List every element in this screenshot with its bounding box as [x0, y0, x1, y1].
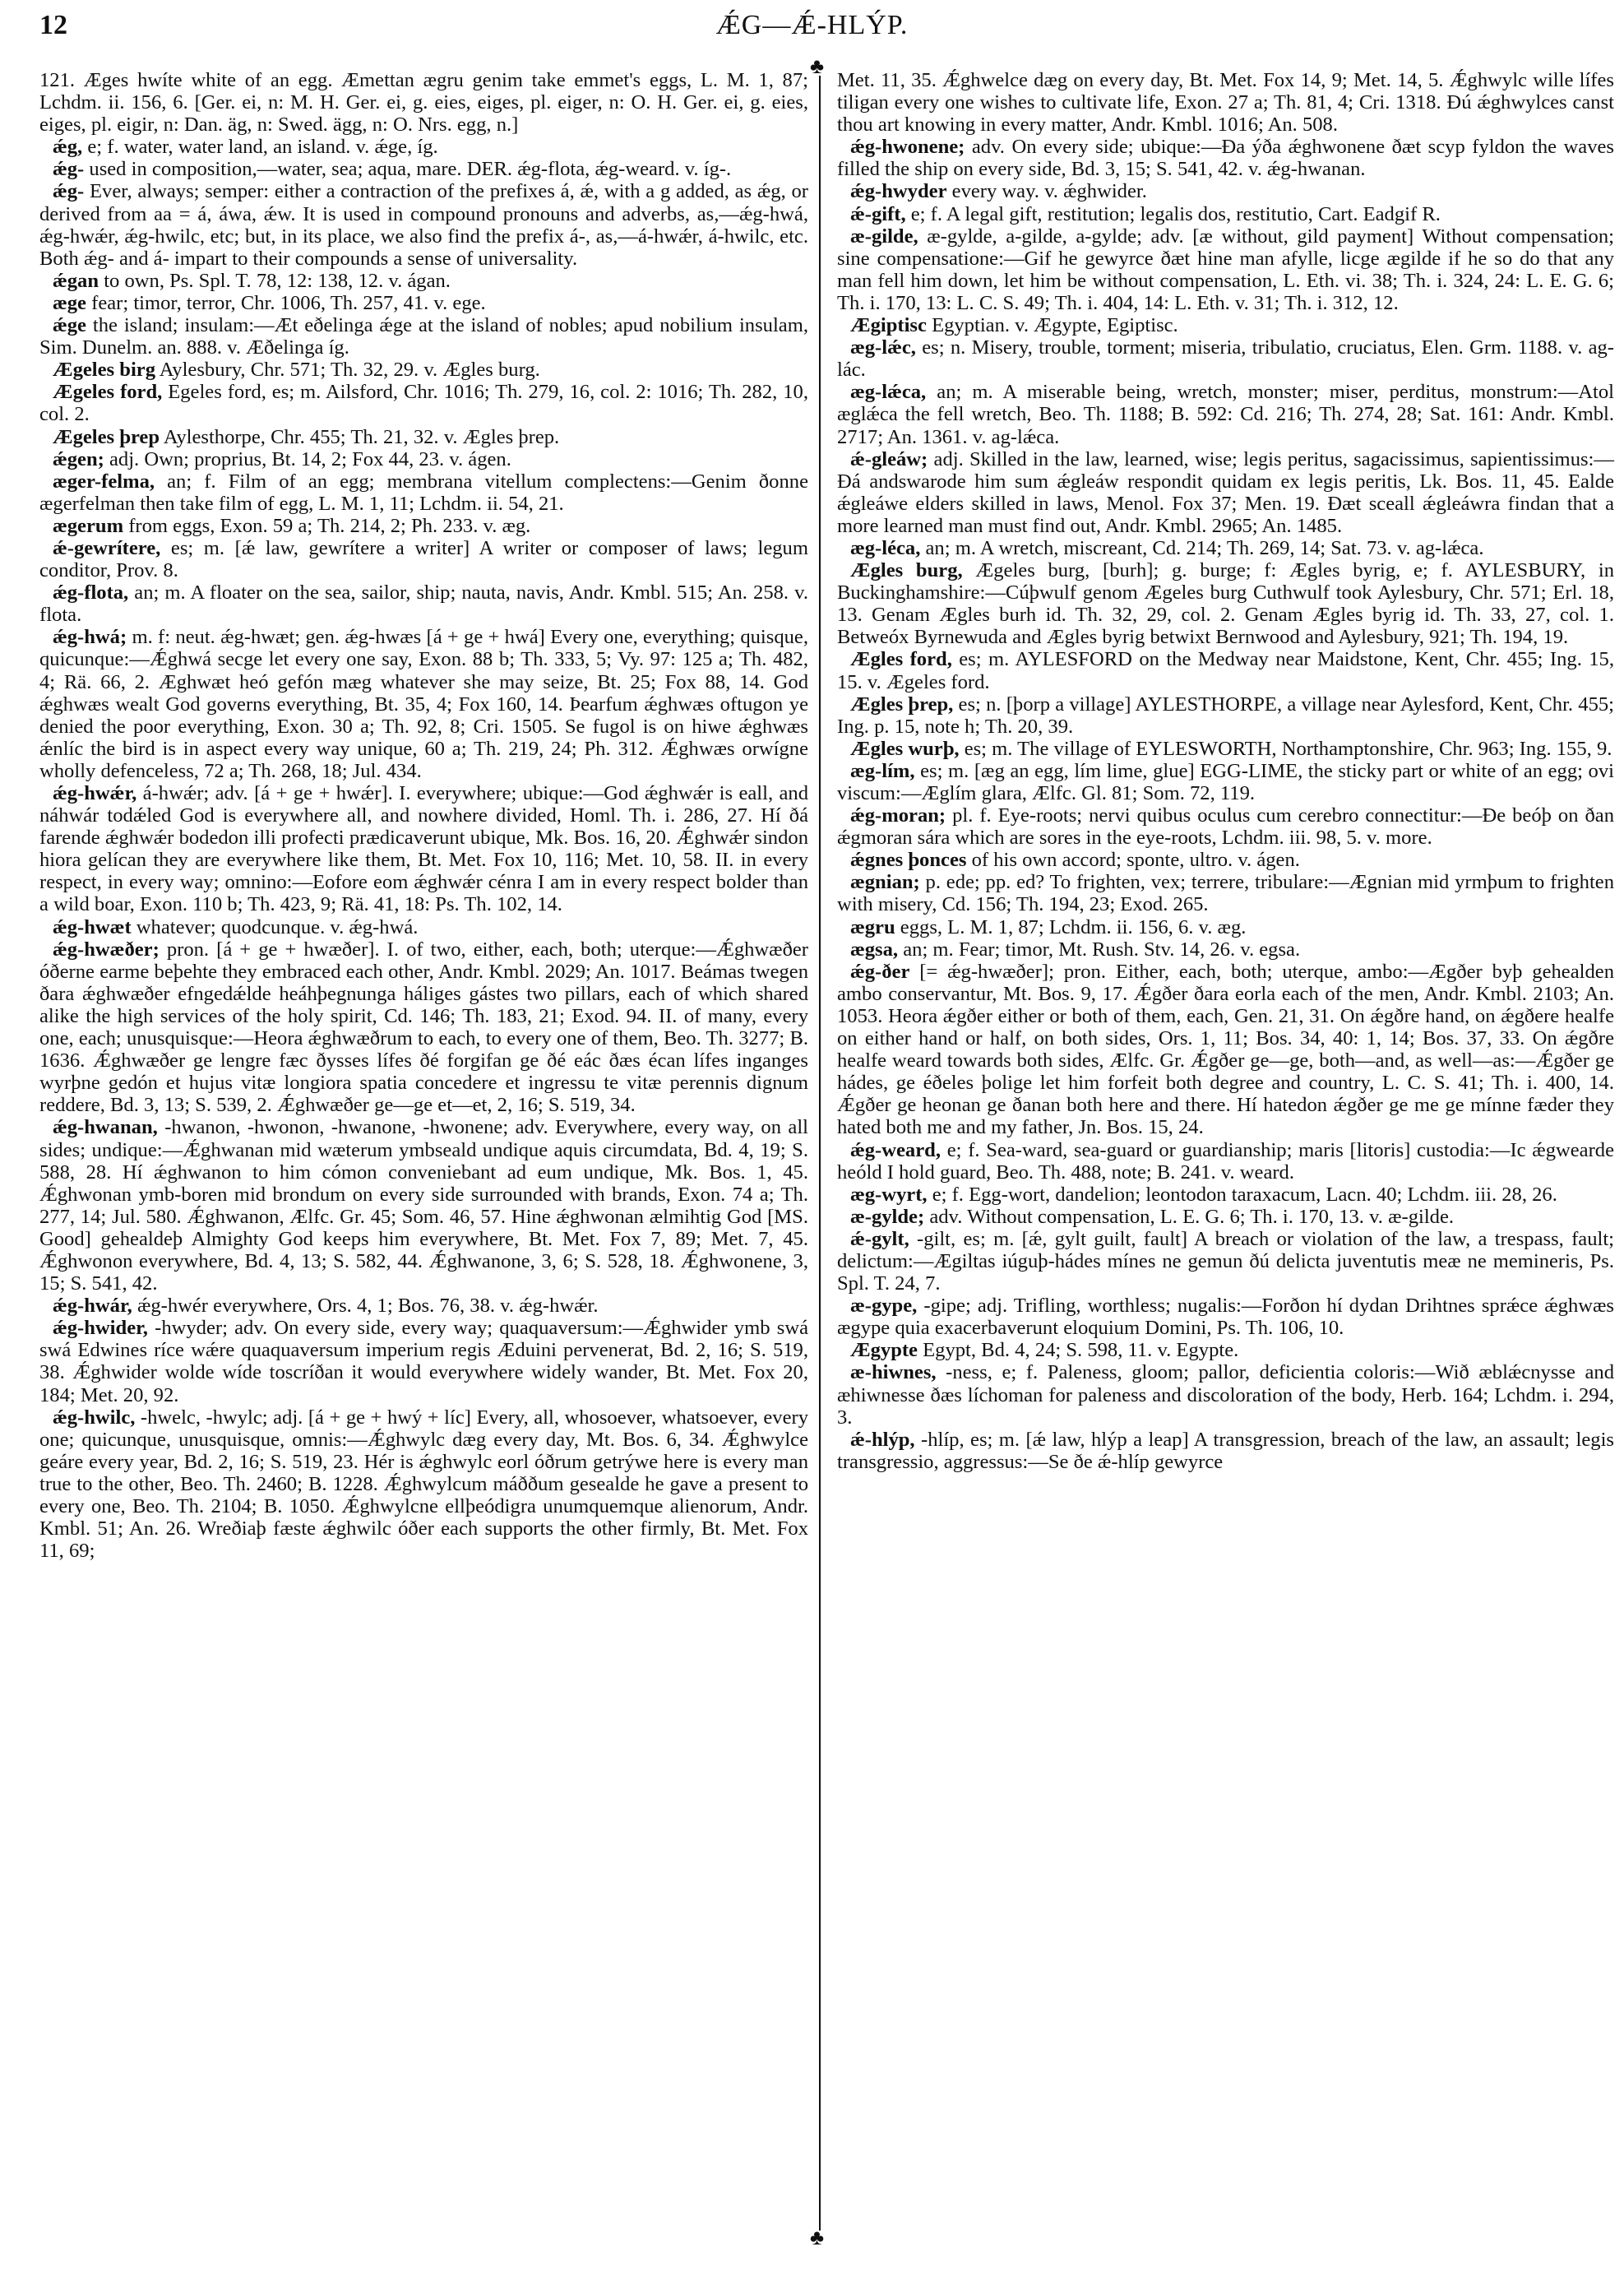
entry-headword: ǽ-gleáw;: [850, 448, 928, 470]
entry-headword: ǽg-hwæðer;: [53, 938, 160, 961]
entry-headword: æger-felma,: [53, 470, 155, 493]
entry-headword: æg-wyrt,: [850, 1184, 928, 1206]
entry-text: Egyptian. v. Ægypte, Egiptisc.: [927, 314, 1178, 336]
entry-text: Aylesbury, Chr. 571; Th. 32, 29. v. Ægle…: [155, 359, 540, 381]
entry-headword: æ-gylde;: [850, 1206, 924, 1228]
entry-headword: ǽg-hwonene;: [850, 136, 965, 158]
entry-headword: ǽgnes þonces: [850, 849, 966, 871]
entry-headword: ǽ-gewrítere,: [53, 537, 160, 559]
right-column: Met. 11, 35. Ǽghwelce dæg on every day, …: [837, 69, 1614, 1473]
entry-text: -gilt, es; m. [ǽ, gylt guilt, fault] A b…: [837, 1228, 1614, 1295]
entry-headword: ǽg-flota,: [53, 581, 128, 604]
dictionary-entry: ægnian; p. ede; pp. ed? To frighten, vex…: [837, 871, 1614, 915]
entry-text: Egypt, Bd. 4, 24; S. 598, 11. v. Egypte.: [918, 1339, 1238, 1361]
entry-headword: ægru: [850, 916, 895, 938]
entry-headword: ǽg-: [53, 158, 84, 180]
entry-text: [= ǽg-hwæðer]; pron. Either, each, both;…: [837, 961, 1614, 1139]
entry-headword: ǽg-hwyder: [850, 180, 947, 202]
entry-headword: Ægypte: [850, 1339, 918, 1361]
dictionary-entry: ægerum from eggs, Exon. 59 a; Th. 214, 2…: [39, 515, 808, 537]
entry-text: pl. f. Eye-roots; nervi quibus oculus cu…: [837, 804, 1614, 849]
entry-headword: ǽg-hwanan,: [53, 1116, 158, 1138]
dictionary-entry: Ægles þrep, es; n. [þorp a village] AYLE…: [837, 693, 1614, 738]
entry-text: -hwelc, -hwylc; adj. [á + ge + hwý + líc…: [39, 1406, 808, 1563]
dictionary-entry: æg-lǽc, es; n. Misery, trouble, torment;…: [837, 336, 1614, 381]
dictionary-entry: Ægles burg, Ægeles burg, [burh]; g. burg…: [837, 559, 1614, 648]
dictionary-entry: ǽg-hwár, ǽg-hwér everywhere, Ors. 4, 1; …: [39, 1295, 808, 1317]
entry-text: adj. Own; proprius, Bt. 14, 2; Fox 44, 2…: [104, 448, 511, 470]
dictionary-entry: ǽg- used in composition,—water, sea; aqu…: [39, 158, 808, 180]
entry-text: ǽg-hwér everywhere, Ors. 4, 1; Bos. 76, …: [132, 1295, 599, 1317]
entry-headword: Ægiptisc: [850, 314, 927, 336]
entry-headword: ǽgan: [53, 270, 99, 292]
entry-text: Met. 11, 35. Ǽghwelce dæg on every day, …: [837, 69, 1614, 136]
entry-text: p. ede; pp. ed? To frighten, vex; terrer…: [837, 871, 1614, 915]
entry-text: an; m. Fear; timor, Mt. Rush. Stv. 14, 2…: [898, 938, 1300, 961]
dictionary-entry: æ-hiwnes, -ness, e; f. Paleness, gloom; …: [837, 1361, 1614, 1428]
entry-text: used in composition,—water, sea; aqua, m…: [84, 158, 731, 180]
entry-text: es; m. [æg an egg, lím lime, glue] EGG-L…: [837, 760, 1614, 804]
entry-text: es; n. [þorp a village] AYLESTHORPE, a v…: [837, 693, 1614, 738]
dictionary-entry: æg-lǽca, an; m. A miserable being, wretc…: [837, 381, 1614, 447]
entry-headword: Ægeles þrep: [53, 426, 160, 448]
dictionary-entry: æge fear; timor, terror, Chr. 1006, Th. …: [39, 292, 808, 314]
entry-headword: ǽg-weard,: [850, 1139, 941, 1161]
entry-headword: ǽg-hwilc,: [53, 1406, 135, 1429]
entry-headword: ǽgen;: [53, 448, 104, 470]
dictionary-entry: ægru eggs, L. M. 1, 87; Lchdm. ii. 156, …: [837, 916, 1614, 938]
entry-headword: æ-hiwnes,: [850, 1361, 937, 1383]
entry-headword: æ-gype,: [850, 1295, 917, 1317]
dictionary-entry: ǽg-flota, an; m. A floater on the sea, s…: [39, 581, 808, 626]
entry-text: -ness, e; f. Paleness, gloom; pallor, de…: [837, 1361, 1614, 1428]
entry-text: -hlíp, es; m. [ǽ law, hlýp a leap] A tra…: [837, 1429, 1614, 1473]
entry-headword: ǽg-moran;: [850, 804, 946, 827]
column-divider: [819, 76, 821, 2231]
entry-headword: ǽg-hwider,: [53, 1317, 148, 1339]
entry-text: adv. Without compensation, L. E. G. 6; T…: [924, 1206, 1454, 1228]
running-head: ǼG—Ǽ-HLÝP.: [0, 10, 1624, 41]
dictionary-entry: ǽg-hwanan, -hwanon, -hwonon, -hwanone, -…: [39, 1116, 808, 1295]
entry-headword: ǽ-gylt,: [850, 1228, 909, 1250]
entry-text: the island; insulam:—Æt eðelinga ǽge at …: [39, 314, 808, 359]
entry-text: an; m. A floater on the sea, sailor, shi…: [39, 581, 808, 626]
entry-text: adj. Skilled in the law, learned, wise; …: [837, 448, 1614, 537]
entry-text: Aylesthorpe, Chr. 455; Th. 21, 32. v. Æg…: [160, 426, 559, 448]
entry-text: e; f. A legal gift, restitution; legalis…: [906, 203, 1441, 225]
dictionary-entry: ǽ-hlýp, -hlíp, es; m. [ǽ law, hlýp a lea…: [837, 1429, 1614, 1473]
entry-text: e; f. Sea-ward, sea-guard or guardianshi…: [837, 1139, 1614, 1184]
entry-text: Ever, always; semper: either a contracti…: [39, 180, 808, 269]
dictionary-entry: ǽgnes þonces of his own accord; sponte, …: [837, 849, 1614, 871]
dictionary-entry: ǽ-gift, e; f. A legal gift, restitution;…: [837, 203, 1614, 225]
dictionary-entry: æger-felma, an; f. Film of an egg; membr…: [39, 470, 808, 515]
dictionary-entry: Ægeles birg Aylesbury, Chr. 571; Th. 32,…: [39, 359, 808, 381]
dictionary-entry: ǽgan to own, Ps. Spl. T. 78, 12: 138, 12…: [39, 270, 808, 292]
dictionary-entry: Ægeles þrep Aylesthorpe, Chr. 455; Th. 2…: [39, 426, 808, 448]
dictionary-entry: æ-gylde; adv. Without compensation, L. E…: [837, 1206, 1614, 1228]
dictionary-entry: ǽge the island; insulam:—Æt eðelinga ǽge…: [39, 314, 808, 359]
entry-headword: æge: [53, 292, 86, 314]
dictionary-entry: Ægles wurþ, es; m. The village of EYLESW…: [837, 738, 1614, 760]
entry-text: -gipe; adj. Trifling, worthless; nugalis…: [837, 1295, 1614, 1339]
dictionary-entry: ǽ-gleáw; adj. Skilled in the law, learne…: [837, 448, 1614, 537]
dictionary-entry: ǽg-hwǽr, á-hwǽr; adv. [á + ge + hwǽr]. I…: [39, 782, 808, 916]
entry-text: eggs, L. M. 1, 87; Lchdm. ii. 156, 6. v.…: [895, 916, 1247, 938]
entry-headword: ǽg,: [53, 136, 82, 158]
dictionary-entry: ǽ-gylt, -gilt, es; m. [ǽ, gylt guilt, fa…: [837, 1228, 1614, 1295]
dictionary-entry: ǽg-moran; pl. f. Eye-roots; nervi quibus…: [837, 804, 1614, 849]
entry-headword: Ægles wurþ,: [850, 738, 960, 760]
entry-headword: ægerum: [53, 515, 123, 537]
entry-text: an; m. A miserable being, wretch, monste…: [837, 381, 1614, 447]
entry-headword: Ægles burg,: [850, 559, 963, 581]
entry-text: pron. [á + ge + hwæðer]. I. of two, eith…: [39, 938, 808, 1117]
entry-text: es; n. Misery, trouble, torment; miseria…: [837, 336, 1614, 381]
entry-headword: Ægles þrep,: [850, 693, 953, 716]
dictionary-entry: ǽg, e; f. water, water land, an island. …: [39, 136, 808, 158]
entry-headword: æg-lǽca,: [850, 381, 926, 403]
dictionary-entry: ǽg- Ever, always; semper: either a contr…: [39, 180, 808, 269]
dictionary-entry: ægsa, an; m. Fear; timor, Mt. Rush. Stv.…: [837, 938, 1614, 961]
entry-text: -hwanon, -hwonon, -hwanone, -hwonene; ad…: [39, 1116, 808, 1295]
left-column: 121. Æges hwíte white of an egg. Æmettan…: [39, 69, 808, 1562]
entry-headword: ǽg-: [53, 180, 84, 202]
entry-headword: Ægeles ford,: [53, 381, 162, 403]
bottom-ornament-icon: ♣: [810, 2227, 824, 2249]
dictionary-entry: ǽg-hwæt whatever; quodcunque. v. ǽg-hwá.: [39, 916, 808, 938]
entry-text: of his own accord; sponte, ultro. v. áge…: [966, 849, 1299, 871]
entry-text: es; m. AYLESFORD on the Medway near Maid…: [837, 648, 1614, 693]
entry-text: -hwyder; adv. On every side, every way; …: [39, 1317, 808, 1406]
entry-text: e; f. water, water land, an island. v. ǽ…: [82, 136, 437, 158]
dictionary-entry: Ægeles ford, Egeles ford, es; m. Ailsfor…: [39, 381, 808, 425]
entry-text: æ-gylde, a-gilde, a-gylde; adv. [æ witho…: [837, 225, 1614, 314]
entry-headword: ǽ-gift,: [850, 203, 906, 225]
dictionary-entry: ǽgen; adj. Own; proprius, Bt. 14, 2; Fox…: [39, 448, 808, 470]
entry-headword: ǽ-hlýp,: [850, 1429, 915, 1451]
entry-text: e; f. Egg-wort, dandelion; leontodon tar…: [928, 1184, 1557, 1206]
dictionary-entry: Ægles ford, es; m. AYLESFORD on the Medw…: [837, 648, 1614, 693]
dictionary-entry: 121. Æges hwíte white of an egg. Æmettan…: [39, 69, 808, 136]
dictionary-entry: ǽg-hwyder every way. v. ǽghwider.: [837, 180, 1614, 202]
dictionary-entry: Ægypte Egypt, Bd. 4, 24; S. 598, 11. v. …: [837, 1339, 1614, 1361]
dictionary-entry: ǽg-hwæðer; pron. [á + ge + hwæðer]. I. o…: [39, 938, 808, 1117]
dictionary-entry: ǽg-hwonene; adv. On every side; ubique:—…: [837, 136, 1614, 180]
dictionary-entry: æg-wyrt, e; f. Egg-wort, dandelion; leon…: [837, 1184, 1614, 1206]
entry-headword: ǽg-hwá;: [53, 626, 127, 648]
entry-text: 121. Æges hwíte white of an egg. Æmettan…: [39, 69, 808, 136]
entry-headword: æg-lím,: [850, 760, 915, 782]
dictionary-entry: ǽg-hwilc, -hwelc, -hwylc; adj. [á + ge +…: [39, 1406, 808, 1563]
entry-text: m. f: neut. ǽg-hwæt; gen. ǽg-hwæs [á + g…: [39, 626, 808, 782]
dictionary-entry: Ægiptisc Egyptian. v. Ægypte, Egiptisc.: [837, 314, 1614, 336]
dictionary-entry: ǽg-weard, e; f. Sea-ward, sea-guard or g…: [837, 1139, 1614, 1184]
dictionary-entry: æg-lím, es; m. [æg an egg, lím lime, glu…: [837, 760, 1614, 804]
entry-text: to own, Ps. Spl. T. 78, 12: 138, 12. v. …: [99, 270, 451, 292]
dictionary-entry: ǽg-hwider, -hwyder; adv. On every side, …: [39, 1317, 808, 1406]
entry-text: whatever; quodcunque. v. ǽg-hwá.: [132, 916, 419, 938]
dictionary-entry: æ-gilde, æ-gylde, a-gilde, a-gylde; adv.…: [837, 225, 1614, 314]
entry-headword: ǽge: [53, 314, 86, 336]
entry-text: an; m. A wretch, miscreant, Cd. 214; Th.…: [920, 537, 1483, 559]
entry-headword: æ-gilde,: [850, 225, 918, 248]
entry-text: fear; timor, terror, Chr. 1006, Th. 257,…: [86, 292, 486, 314]
entry-headword: ǽg-ðer: [850, 961, 909, 983]
entry-headword: ægsa,: [850, 938, 898, 961]
entry-text: every way. v. ǽghwider.: [947, 180, 1147, 202]
entry-headword: ægnian;: [850, 871, 920, 893]
entry-headword: æg-lǽc,: [850, 336, 916, 359]
dictionary-entry: ǽ-gewrítere, es; m. [ǽ law, gewrítere a …: [39, 537, 808, 581]
entry-text: á-hwǽr; adv. [á + ge + hwǽr]. I. everywh…: [39, 782, 808, 915]
entry-headword: ǽg-hwár,: [53, 1295, 132, 1317]
dictionary-entry: æg-léca, an; m. A wretch, miscreant, Cd.…: [837, 537, 1614, 559]
entry-headword: ǽg-hwǽr,: [53, 782, 136, 804]
entry-headword: ǽg-hwæt: [53, 916, 132, 938]
dictionary-entry: æ-gype, -gipe; adj. Trifling, worthless;…: [837, 1295, 1614, 1339]
entry-headword: Ægles ford,: [850, 648, 952, 670]
entry-text: an; f. Film of an egg; membrana vitellum…: [39, 470, 808, 515]
entry-headword: æg-léca,: [850, 537, 920, 559]
entry-headword: Ægeles birg: [53, 359, 155, 381]
dictionary-entry: ǽg-ðer [= ǽg-hwæðer]; pron. Either, each…: [837, 961, 1614, 1139]
dictionary-entry: Met. 11, 35. Ǽghwelce dæg on every day, …: [837, 69, 1614, 136]
top-ornament-icon: ♣: [810, 56, 824, 77]
entry-text: es; m. The village of EYLESWORTH, Northa…: [960, 738, 1612, 760]
dictionary-entry: ǽg-hwá; m. f: neut. ǽg-hwæt; gen. ǽg-hwæ…: [39, 626, 808, 782]
entry-text: from eggs, Exon. 59 a; Th. 214, 2; Ph. 2…: [123, 515, 530, 537]
